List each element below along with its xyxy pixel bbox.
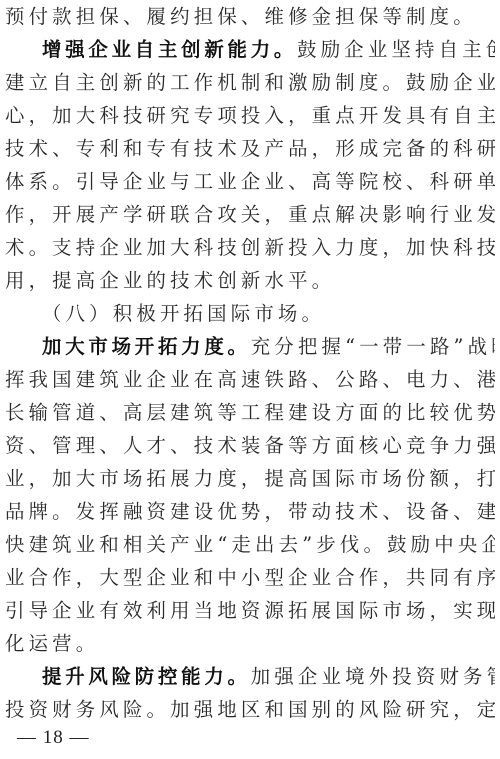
paragraph-innovation: 增强企业自主创新能力。鼓励企业坚持自主创新，引导企业 — [5, 33, 495, 66]
heading-risk-control: 提升风险防控能力。 — [42, 665, 251, 688]
document-page: 预付款担保、履约担保、维修金担保等制度。 增强企业自主创新能力。鼓励企业坚持自主… — [5, 0, 495, 726]
text-line: 作，开展产学研联合攻关，重点解决影响行业发展的关键性技 — [5, 198, 495, 231]
text-line: 用，提高企业的技术创新水平。 — [5, 264, 495, 297]
text-line: 品牌。发挥融资建设优势，带动技术、设备、建筑材料出口，加 — [5, 495, 495, 528]
text-line: 业，加大市场拓展力度，提高国际市场份额，打造“中国建造” — [5, 462, 495, 495]
heading-market-expansion: 加大市场开拓力度。 — [42, 335, 251, 358]
section-heading-international-market: （八）积极开拓国际市场。 — [5, 297, 495, 330]
text-line: 体系。引导企业与工业企业、高等院校、科研单位进行战略合 — [5, 165, 495, 198]
text-line: 业合作，大型企业和中小型企业合作，共同有序开拓国际市场。 — [5, 561, 495, 594]
page-number: — 18 — — [17, 727, 90, 749]
text-span: 鼓励企业坚持自主创新，引导企业 — [297, 38, 495, 61]
text-line: 投资财务风险。加强地区和国别的风险研究，定期发布重大国别 — [5, 693, 495, 726]
paragraph-market-expansion: 加大市场开拓力度。充分把握“一带一路”战略契机，发 — [5, 330, 495, 363]
heading-innovation: 增强企业自主创新能力。 — [42, 38, 297, 61]
text-line: 建立自主创新的工作机制和激励制度。鼓励企业创建技术研发中 — [5, 66, 495, 99]
text-line: 心，加大科技研究专项投入，重点开发具有自主知识产权的核心 — [5, 99, 495, 132]
text-line: 技术、专利和专有技术及产品，形成完备的科研开发和技术运用 — [5, 132, 495, 165]
text-line: 化运营。 — [5, 627, 495, 660]
text-line: 术。支持企业加大科技创新投入力度，加快科技成果的转化和应 — [5, 231, 495, 264]
text-line: 长输管道、高层建筑等工程建设方面的比较优势，培育一批在融 — [5, 396, 495, 429]
text-line: 预付款担保、履约担保、维修金担保等制度。 — [5, 0, 495, 33]
text-span: 充分把握“一带一路”战略契机，发 — [251, 335, 495, 358]
text-span: 加强企业境外投资财务管理，防范境外 — [251, 665, 495, 688]
text-line: 引导企业有效利用当地资源拓展国际市场，实现更高程度的本土 — [5, 594, 495, 627]
text-line: 挥我国建筑业企业在高速铁路、公路、电力、港口、机场、油气 — [5, 363, 495, 396]
text-line: 资、管理、人才、技术装备等方面核心竞争力强的大型骨干企 — [5, 429, 495, 462]
paragraph-risk-control: 提升风险防控能力。加强企业境外投资财务管理，防范境外 — [5, 660, 495, 693]
text-line: 快建筑业和相关产业“走出去”步伐。鼓励中央企业和地方企 — [5, 528, 495, 561]
